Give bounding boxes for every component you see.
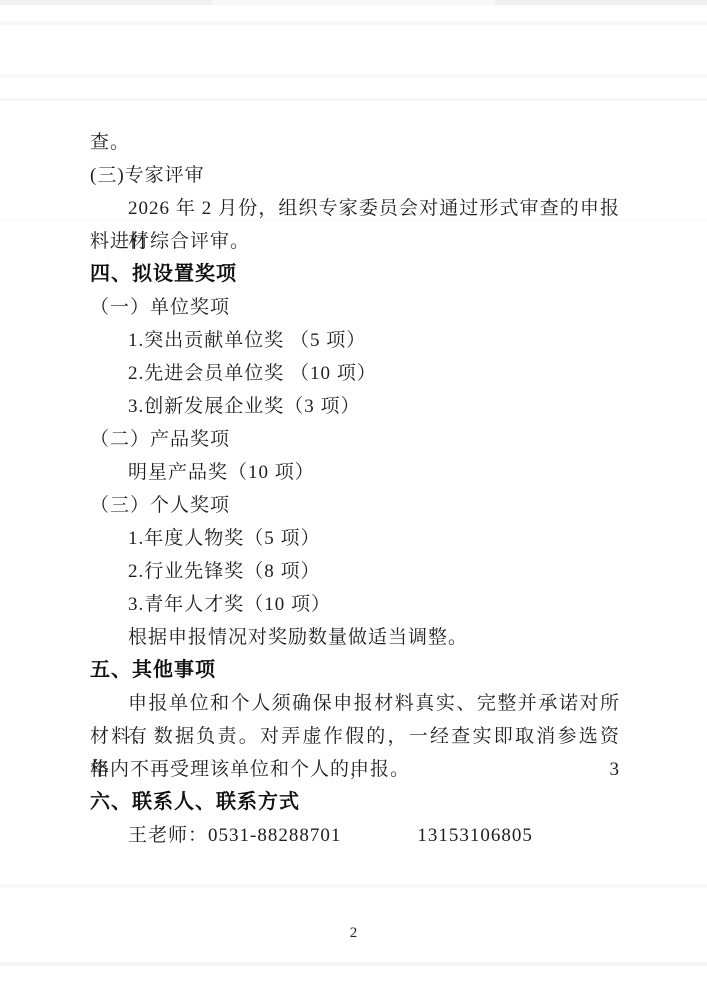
awards-adjustment-note: 根据申报情况对奖励数量做适当调整。 (90, 621, 620, 654)
award-list-item: 2.先进会员单位奖 （10 项） (90, 357, 620, 390)
contact-phone-office: 0531-88288701 (208, 825, 341, 846)
document-page: 查。 (三)专家评审 2026 年 2 月份，组织专家委员会对通过形式审查的申报… (0, 0, 707, 999)
personal-awards-subheading: （三）个人奖项 (90, 489, 620, 522)
expert-review-paragraph-line: 料进行综合评审。 (90, 225, 620, 258)
scan-artifact (0, 0, 707, 5)
award-list-item: 明星产品奖（10 项） (90, 456, 620, 489)
scan-artifact (0, 22, 707, 25)
unit-awards-subheading: （一）单位奖项 (90, 291, 620, 324)
section-other-heading: 五、其他事项 (90, 654, 620, 687)
scan-artifact (0, 74, 707, 78)
other-paragraph-line: 申报单位和个人须确保申报材料真实、完整并承诺对所有 (90, 687, 620, 720)
section-contact-heading: 六、联系人、联系方式 (90, 786, 620, 819)
scan-artifact (0, 98, 707, 101)
scan-artifact (0, 884, 707, 888)
contact-row: 王老师：0531-8828870113153106805 (90, 819, 620, 852)
award-list-item: 3.青年人才奖（10 项） (90, 588, 620, 621)
section-awards-heading: 四、拟设置奖项 (90, 258, 620, 291)
product-awards-subheading: （二）产品奖项 (90, 423, 620, 456)
other-paragraph-line: 材料、数据负责。对弄虚作假的，一经查实即取消参选资格，3 (90, 720, 620, 753)
award-list-item: 2.行业先锋奖（8 项） (90, 555, 620, 588)
carryover-text: 查。 (90, 126, 620, 159)
contact-phone-mobile: 13153106805 (417, 825, 533, 846)
contact-person-label: 王老师： (128, 825, 208, 846)
document-body: 查。 (三)专家评审 2026 年 2 月份，组织专家委员会对通过形式审查的申报… (90, 126, 620, 852)
expert-review-paragraph-line: 2026 年 2 月份，组织专家委员会对通过形式审查的申报材 (90, 192, 620, 225)
award-list-item: 1.突出贡献单位奖 （5 项） (90, 324, 620, 357)
award-list-item: 3.创新发展企业奖（3 项） (90, 390, 620, 423)
scan-artifact (0, 962, 707, 966)
award-list-item: 1.年度人物奖（5 项） (90, 522, 620, 555)
page-number: 2 (0, 922, 707, 944)
expert-review-subheading: (三)专家评审 (90, 159, 620, 192)
